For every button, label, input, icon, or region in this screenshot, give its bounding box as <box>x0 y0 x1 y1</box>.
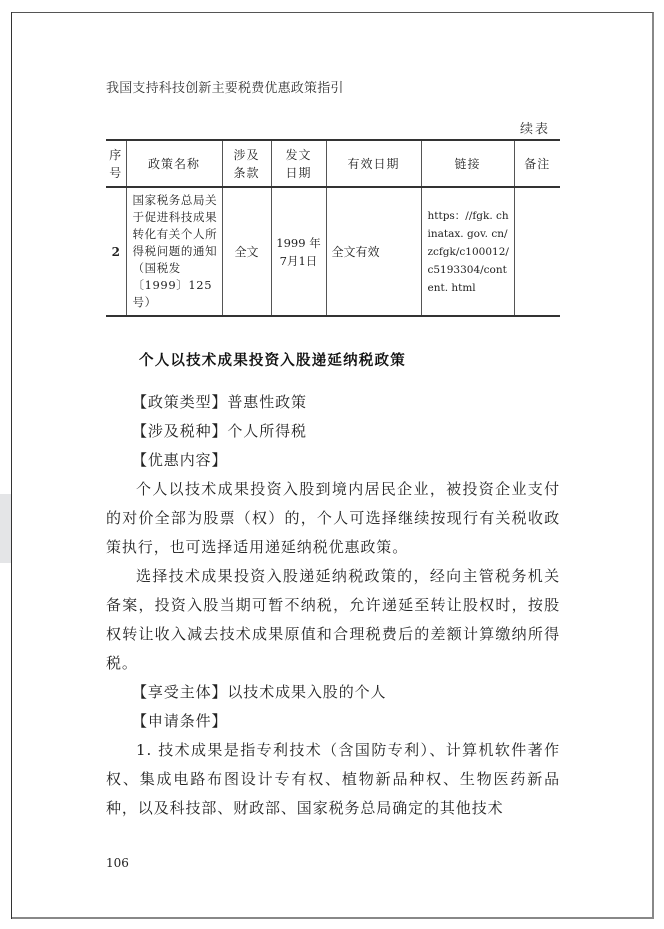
content-paragraph-2: 选择技术成果投资入股递延纳税政策的，经向主管税务机关备案，投资入股当期可暂不纳税… <box>106 562 560 678</box>
section-body: 【政策类型】普惠性政策 【涉及税种】个人所得税 【优惠内容】 个人以技术成果投资… <box>106 388 560 823</box>
issue-date-line-1: 1999 年 <box>272 234 326 252</box>
page-frame-left-edge <box>11 12 12 919</box>
header-seq-line-2: 号 <box>106 164 126 182</box>
header-seq-line-1: 序 <box>106 146 126 164</box>
table-header-row: 序 号 政策名称 涉及 条款 发文 日期 有效日期 链接 备注 <box>106 140 560 187</box>
header-clause: 涉及 条款 <box>222 140 271 187</box>
continued-table-label: 续表 <box>520 118 550 137</box>
table-row: 2 国家税务总局关于促进科技成果转化有关个人所得税问题的通知（国税发〔1999〕… <box>106 187 560 316</box>
header-link: 链接 <box>421 140 514 187</box>
cell-link[interactable]: https：//fgk. chinatax. gov. cn/zcfgk/c10… <box>421 187 514 316</box>
condition-item-1: 1. 技术成果是指专利技术（含国防专利）、计算机软件著作权、集成电路布图设计专有… <box>106 736 560 823</box>
content-paragraph-1: 个人以技术成果投资入股到境内居民企业，被投资企业支付的对价全部为股票（权）的，个… <box>106 475 560 562</box>
policy-type-label: 【政策类型】 <box>132 393 227 411</box>
cell-valid-date: 全文有效 <box>326 187 421 316</box>
header-valid-date: 有效日期 <box>326 140 421 187</box>
header-note: 备注 <box>514 140 560 187</box>
cell-policy-name: 国家税务总局关于促进科技成果转化有关个人所得税问题的通知（国税发〔1999〕12… <box>126 187 222 316</box>
header-clause-line-2: 条款 <box>223 164 271 182</box>
tax-type-value: 个人所得税 <box>227 422 307 440</box>
header-seq: 序 号 <box>106 140 126 187</box>
cell-note <box>514 187 560 316</box>
issue-date-line-2: 7月1日 <box>272 252 326 270</box>
conditions-label: 【申请条件】 <box>132 712 227 730</box>
header-issue-date: 发文 日期 <box>271 140 326 187</box>
policy-table: 序 号 政策名称 涉及 条款 发文 日期 有效日期 链接 备注 2 <box>106 139 560 317</box>
conditions-label-line: 【申请条件】 <box>106 707 560 736</box>
page-number: 106 <box>106 856 129 870</box>
content-label: 【优惠内容】 <box>132 451 227 469</box>
header-issue-date-line-1: 发文 <box>272 146 326 164</box>
section-title: 个人以技术成果投资入股递延纳税政策 <box>139 349 406 370</box>
beneficiary-line: 【享受主体】以技术成果入股的个人 <box>106 678 560 707</box>
policy-type-value: 普惠性政策 <box>227 393 307 411</box>
cell-seq: 2 <box>106 187 126 316</box>
beneficiary-label: 【享受主体】 <box>132 683 227 701</box>
tax-type-line: 【涉及税种】个人所得税 <box>106 417 560 446</box>
tax-type-label: 【涉及税种】 <box>132 422 227 440</box>
header-policy-name: 政策名称 <box>126 140 222 187</box>
cell-clause: 全文 <box>222 187 271 316</box>
header-clause-line-1: 涉及 <box>223 146 271 164</box>
page-canvas: 我国支持科技创新主要税费优惠政策指引 续表 序 号 政策名称 涉及 条款 发文 … <box>0 0 664 929</box>
beneficiary-value: 以技术成果入股的个人 <box>227 683 386 701</box>
policy-type-line: 【政策类型】普惠性政策 <box>106 388 560 417</box>
running-head: 我国支持科技创新主要税费优惠政策指引 <box>106 77 344 96</box>
content-label-line: 【优惠内容】 <box>106 446 560 475</box>
cell-issue-date: 1999 年 7月1日 <box>271 187 326 316</box>
header-issue-date-line-2: 日期 <box>272 164 326 182</box>
